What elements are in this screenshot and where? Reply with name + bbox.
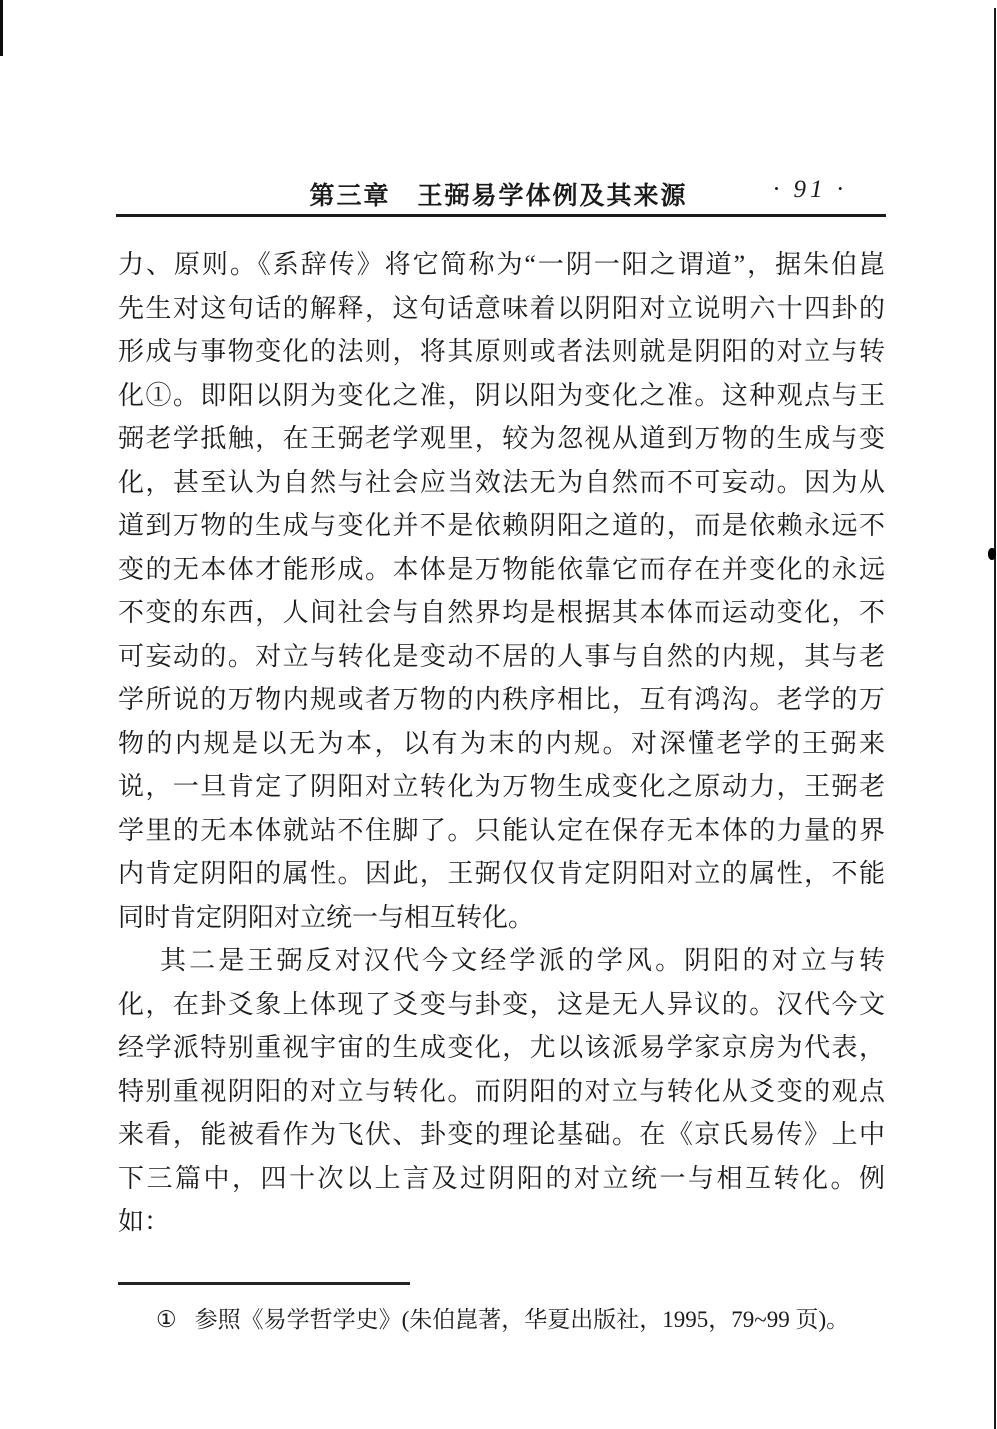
text-line: 下三篇中，四十次以上言及过阴阳的对立统一与相互转化。例 [118, 1157, 885, 1201]
text-line: 说，一旦肯定了阴阳对立转化为万物生成变化之原动力，王弼老 [118, 765, 885, 809]
text-line: 力、原则。《系辞传》将它简称为“一阴一阳之谓道”，据朱伯崑 [118, 243, 885, 287]
scan-artifact-speck [988, 548, 996, 560]
body-text: 力、原则。《系辞传》将它简称为“一阴一阳之谓道”，据朱伯崑 先生对这句话的解释，… [118, 243, 885, 1244]
text-line: 物的内规是以无为本，以有为末的内规。对深懂老学的王弼来 [118, 722, 885, 766]
text-line: 可妄动的。对立与转化是变动不居的人事与自然的内规，其与老 [118, 635, 885, 679]
page-number: · 91 · [773, 176, 847, 204]
footnote-separator [118, 1282, 410, 1285]
text-line: 如： [118, 1200, 885, 1244]
text-line: 学所说的万物内规或者万物的内秩序相比，互有鸿沟。老学的万 [118, 678, 885, 722]
footnote-text: 参照《易学哲学史》(朱伯崑著，华夏出版社，1995，79~99 页)。 [195, 1307, 850, 1332]
text-line: 学里的无本体就站不住脚了。只能认定在保存无本体的力量的界 [118, 809, 885, 853]
running-header-title: 第三章 王弼易学体例及其来源 [0, 176, 997, 212]
footnote: ①参照《易学哲学史》(朱伯崑著，华夏出版社，1995，79~99 页)。 [118, 1300, 956, 1340]
text-line: 变的无本体才能形成。本体是万物能依靠它而存在并变化的永远 [118, 548, 885, 592]
text-line: 特别重视阴阳的对立与转化。而阴阳的对立与转化从爻变的观点 [118, 1070, 885, 1114]
text-line: 化①。即阳以阴为变化之准，阴以阳为变化之准。这种观点与王 [118, 374, 885, 418]
text-line: 同时肯定阴阳对立统一与相互转化。 [118, 896, 885, 940]
text-line: 弼老学抵触，在王弼老学观里，较为忽视从道到万物的生成与变 [118, 417, 885, 461]
paragraph-2: 其二是王弼反对汉代今文经学派的学风。阴阳的对立与转 化，在卦爻象上体现了爻变与卦… [118, 939, 885, 1244]
text-line: 经学派特别重视宇宙的生成变化，尤以该派易学家京房为代表， [118, 1026, 885, 1070]
header-rule [116, 214, 886, 217]
scan-artifact-right-edge [994, 8, 996, 1429]
text-line: 内肯定阴阳的属性。因此，王弼仅仅肯定阴阳对立的属性，不能 [118, 852, 885, 896]
paragraph-1: 力、原则。《系辞传》将它简称为“一阴一阳之谓道”，据朱伯崑 先生对这句话的解释，… [118, 243, 885, 939]
scanned-book-page: 第三章 王弼易学体例及其来源 · 91 · 力、原则。《系辞传》将它简称为“一阴… [0, 0, 997, 1429]
text-line: 先生对这句话的解释，这句话意味着以阴阳对立说明六十四卦的 [118, 287, 885, 331]
text-line: 形成与事物变化的法则，将其原则或者法则就是阴阳的对立与转 [118, 330, 885, 374]
text-line: 来看，能被看作为飞伏、卦变的理论基础。在《京氏易传》上中 [118, 1113, 885, 1157]
text-line: 化，甚至认为自然与社会应当效法无为自然而不可妄动。因为从 [118, 461, 885, 505]
text-line: 不变的东西，人间社会与自然界均是根据其本体而运动变化，不 [118, 591, 885, 635]
text-line: 其二是王弼反对汉代今文经学派的学风。阴阳的对立与转 [118, 939, 885, 983]
scan-artifact-left-edge [0, 0, 3, 56]
text-line: 化，在卦爻象上体现了爻变与卦变，这是无人异议的。汉代今文 [118, 983, 885, 1027]
footnote-marker: ① [156, 1307, 177, 1332]
text-line: 道到万物的生成与变化并不是依赖阴阳之道的，而是依赖永远不 [118, 504, 885, 548]
